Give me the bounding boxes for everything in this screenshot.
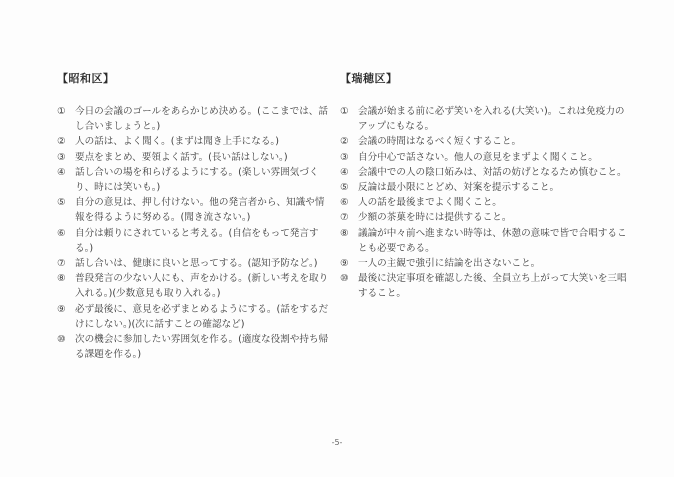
list-item: ⑩最後に決定事項を確認した後、全員立ち上がって大笑いを三唱すること。 — [340, 271, 630, 301]
item-number: ③ — [57, 150, 75, 165]
item-text: 会議の時間はなるべく短くすること。 — [358, 134, 630, 149]
item-number: ⑦ — [340, 210, 358, 225]
list-item: ②会議の時間はなるべく短くすること。 — [340, 134, 630, 149]
section-title-showa: 【昭和区】 — [57, 72, 332, 86]
section-title-mizuho: 【瑞穂区】 — [340, 72, 630, 86]
list-item: ②人の話は、よく聞く。(まずは聞き上手になる。) — [57, 134, 332, 149]
item-text: 一人の主観で強引に結論を出さないこと。 — [358, 256, 630, 271]
item-text: 人の話は、よく聞く。(まずは聞き上手になる。) — [75, 134, 332, 149]
list-item: ⑩次の機会に参加したい雰囲気を作る。(適度な役割や持ち帰る課題を作る。) — [57, 332, 332, 362]
list-item: ⑥人の話を最後までよく聞くこと。 — [340, 195, 630, 210]
item-number: ① — [340, 104, 358, 134]
item-number: ④ — [57, 165, 75, 195]
item-number: ① — [57, 104, 75, 134]
item-text: 少額の茶菓を時には提供すること。 — [358, 210, 630, 225]
item-number: ⑧ — [340, 226, 358, 256]
list-item: ③要点をまとめ、要領よく話す。(長い話はしない。) — [57, 150, 332, 165]
item-number: ② — [57, 134, 75, 149]
item-number: ② — [340, 134, 358, 149]
item-text: 話し合いは、健康に良いと思ってする。(認知予防など。) — [75, 256, 332, 271]
item-text: 会議中での人の陰口妬みは、対話の妨げとなるため慎むこと。 — [358, 165, 630, 180]
list-item: ③自分中心で話さない。他人の意見をまずよく聞くこと。 — [340, 150, 630, 165]
item-number: ⑩ — [57, 332, 75, 362]
showa-ward-section: 【昭和区】 ①今日の会議のゴールをあらかじめ決める。(ここまでは、話し合いましょ… — [57, 72, 332, 362]
list-item: ④話し合いの場を和らげるようにする。(楽しい雰囲気づくり、時には笑いも。) — [57, 165, 332, 195]
list-item: ①会議が始まる前に必ず笑いを入れる(大笑い)。これは免疫力のアップにもなる。 — [340, 104, 630, 134]
item-text: 必ず最後に、意見を必ずまとめるようにする。(話をするだけにしない。)(次に話すこ… — [75, 302, 332, 332]
list-item: ⑨必ず最後に、意見を必ずまとめるようにする。(話をするだけにしない。)(次に話す… — [57, 302, 332, 332]
item-text: 自分は頼りにされていると考える。(自信をもって発言する。) — [75, 226, 332, 256]
item-number: ⑨ — [57, 302, 75, 332]
item-text: 会議が始まる前に必ず笑いを入れる(大笑い)。これは免疫力のアップにもなる。 — [358, 104, 630, 134]
showa-list: ①今日の会議のゴールをあらかじめ決める。(ここまでは、話し合いましょうと。) ②… — [57, 104, 332, 362]
item-number: ⑦ — [57, 256, 75, 271]
list-item: ⑥自分は頼りにされていると考える。(自信をもって発言する。) — [57, 226, 332, 256]
list-item: ⑨一人の主観で強引に結論を出さないこと。 — [340, 256, 630, 271]
item-number: ③ — [340, 150, 358, 165]
item-text: 今日の会議のゴールをあらかじめ決める。(ここまでは、話し合いましょうと。) — [75, 104, 332, 134]
item-number: ⑩ — [340, 271, 358, 301]
item-text: 議論が中々前へ進まない時等は、休憩の意味で皆で合唱することも必要である。 — [358, 226, 630, 256]
item-number: ⑨ — [340, 256, 358, 271]
item-number: ⑧ — [57, 271, 75, 301]
list-item: ⑦話し合いは、健康に良いと思ってする。(認知予防など。) — [57, 256, 332, 271]
list-item: ⑤自分の意見は、押し付けない。他の発言者から、知識や情報を得るように努める。(聞… — [57, 195, 332, 225]
item-number: ④ — [340, 165, 358, 180]
item-text: 次の機会に参加したい雰囲気を作る。(適度な役割や持ち帰る課題を作る。) — [75, 332, 332, 362]
list-item: ①今日の会議のゴールをあらかじめ決める。(ここまでは、話し合いましょうと。) — [57, 104, 332, 134]
list-item: ⑧議論が中々前へ進まない時等は、休憩の意味で皆で合唱することも必要である。 — [340, 226, 630, 256]
list-item: ④会議中での人の陰口妬みは、対話の妨げとなるため慎むこと。 — [340, 165, 630, 180]
item-text: 要点をまとめ、要領よく話す。(長い話はしない。) — [75, 150, 332, 165]
item-text: 最後に決定事項を確認した後、全員立ち上がって大笑いを三唱すること。 — [358, 271, 630, 301]
mizuho-ward-section: 【瑞穂区】 ①会議が始まる前に必ず笑いを入れる(大笑い)。これは免疫力のアップに… — [340, 72, 630, 302]
item-number: ⑤ — [57, 195, 75, 225]
item-number: ⑤ — [340, 180, 358, 195]
item-number: ⑥ — [340, 195, 358, 210]
item-text: 自分中心で話さない。他人の意見をまずよく聞くこと。 — [358, 150, 630, 165]
list-item: ⑧普段発言の少ない人にも、声をかける。(新しい考えを取り入れる。)(少数意見も取… — [57, 271, 332, 301]
list-item: ⑤反論は最小限にとどめ、対案を提示すること。 — [340, 180, 630, 195]
item-text: 反論は最小限にとどめ、対案を提示すること。 — [358, 180, 630, 195]
item-text: 人の話を最後までよく聞くこと。 — [358, 195, 630, 210]
item-number: ⑥ — [57, 226, 75, 256]
item-text: 話し合いの場を和らげるようにする。(楽しい雰囲気づくり、時には笑いも。) — [75, 165, 332, 195]
mizuho-list: ①会議が始まる前に必ず笑いを入れる(大笑い)。これは免疫力のアップにもなる。 ②… — [340, 104, 630, 302]
item-text: 自分の意見は、押し付けない。他の発言者から、知識や情報を得るように努める。(聞き… — [75, 195, 332, 225]
list-item: ⑦少額の茶菓を時には提供すること。 — [340, 210, 630, 225]
page-number: -5- — [0, 438, 674, 447]
document-page: 【昭和区】 ①今日の会議のゴールをあらかじめ決める。(ここまでは、話し合いましょ… — [0, 0, 674, 477]
item-text: 普段発言の少ない人にも、声をかける。(新しい考えを取り入れる。)(少数意見も取り… — [75, 271, 332, 301]
